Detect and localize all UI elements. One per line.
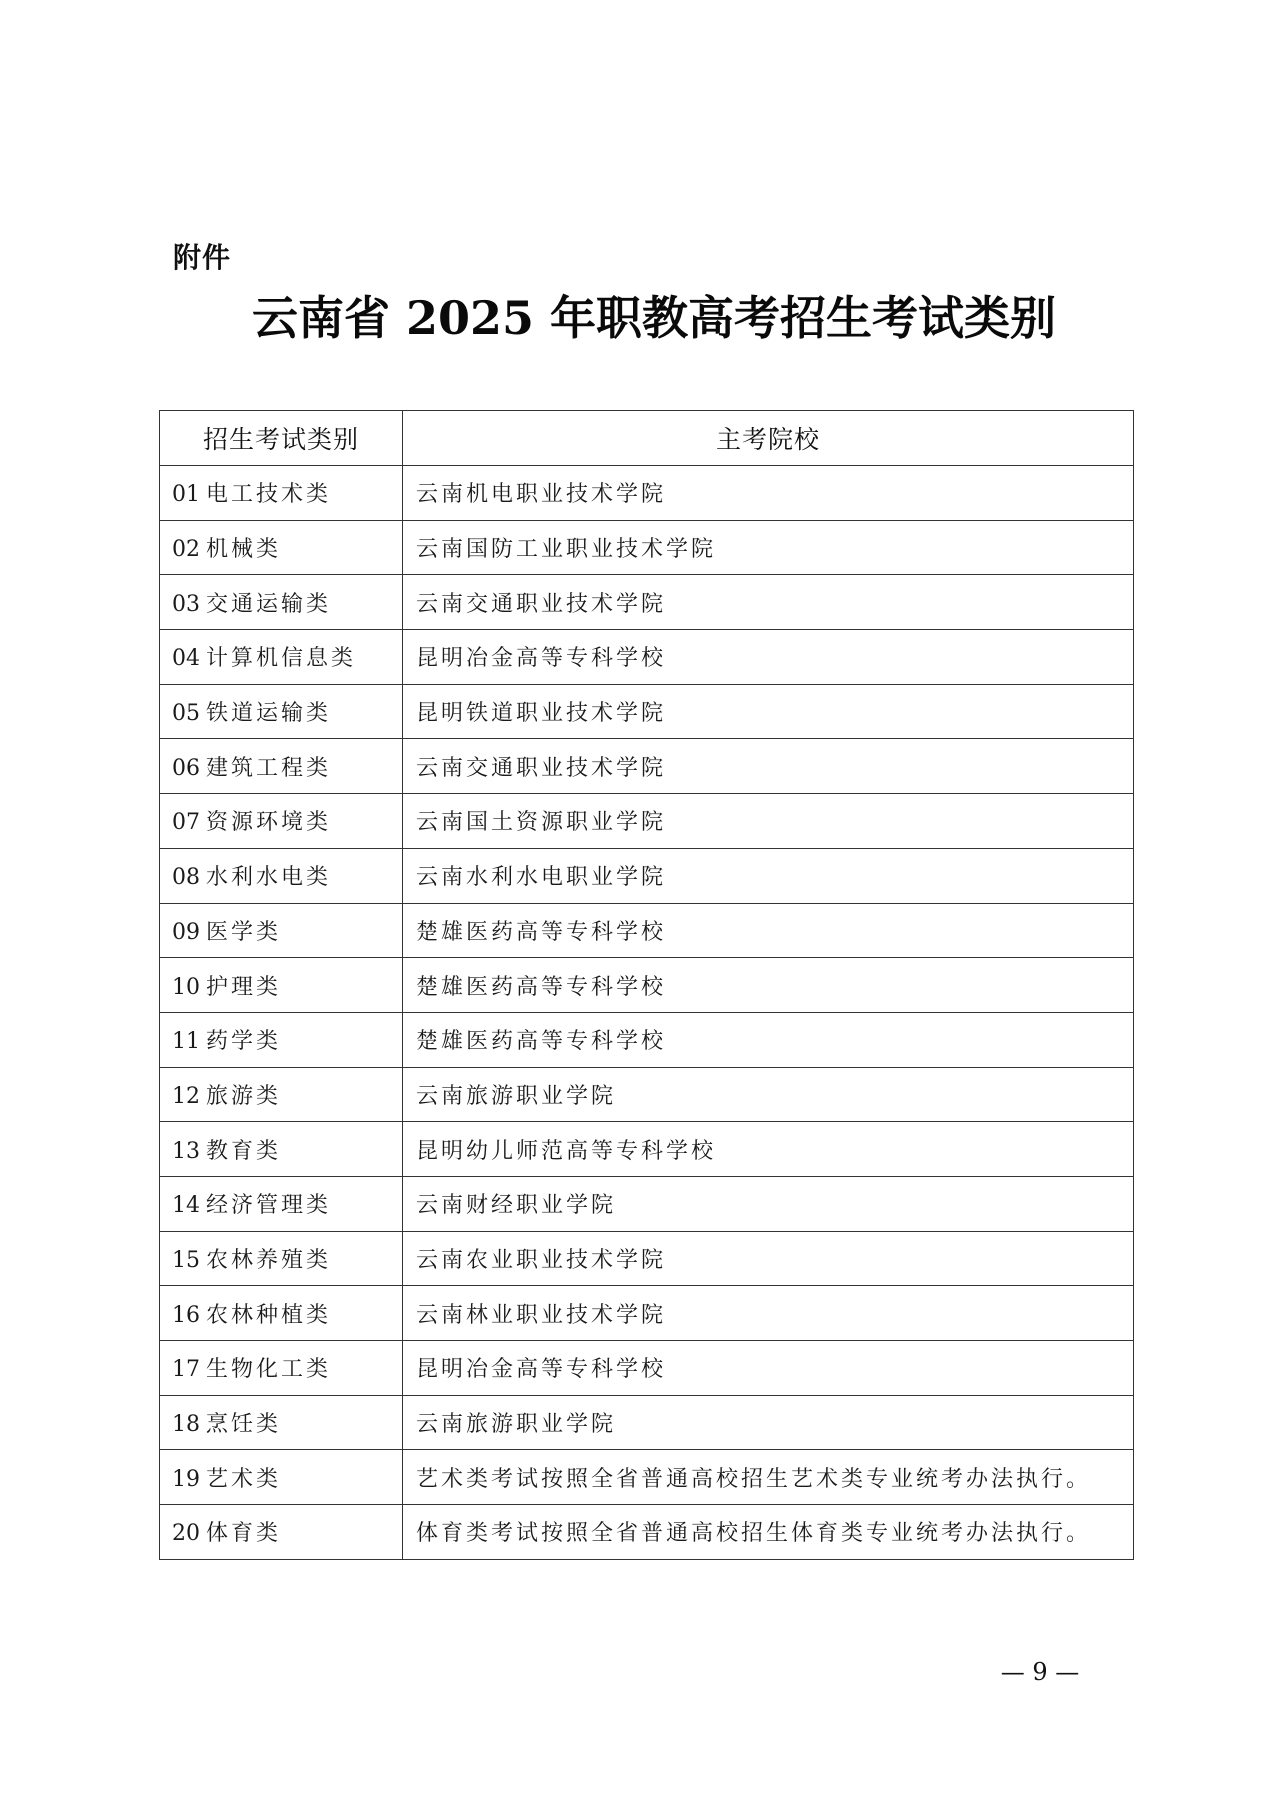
exam-category-cell: 19艺术类 [160, 1450, 403, 1505]
exam-category-cell: 12旅游类 [160, 1067, 403, 1122]
category-code: 04 [172, 646, 200, 671]
category-name: 护理类 [206, 975, 281, 1000]
category-name: 旅游类 [206, 1084, 281, 1109]
host-school-cell: 云南国土资源职业学院 [403, 794, 1134, 849]
category-name: 资源环境类 [206, 810, 331, 835]
category-name: 体育类 [206, 1521, 281, 1546]
host-school-cell: 楚雄医药高等专科学校 [403, 903, 1134, 958]
category-name: 教育类 [206, 1139, 281, 1164]
host-school-cell: 云南旅游职业学院 [403, 1395, 1134, 1450]
table-row: 13教育类昆明幼儿师范高等专科学校 [160, 1122, 1134, 1177]
table-row: 19艺术类艺术类考试按照全省普通高校招生艺术类专业统考办法执行。 [160, 1450, 1134, 1505]
table-row: 04计算机信息类昆明冶金高等专科学校 [160, 630, 1134, 685]
table-row: 15农林养殖类云南农业职业技术学院 [160, 1231, 1134, 1286]
exam-category-cell: 02机械类 [160, 520, 403, 575]
category-code: 09 [172, 920, 200, 945]
category-code: 12 [172, 1084, 200, 1109]
category-code: 10 [172, 975, 200, 1000]
host-school-cell: 云南水利水电职业学院 [403, 848, 1134, 903]
category-code: 19 [172, 1467, 200, 1492]
exam-category-cell: 07资源环境类 [160, 794, 403, 849]
table-row: 10护理类楚雄医药高等专科学校 [160, 958, 1134, 1013]
category-name: 艺术类 [206, 1467, 281, 1492]
exam-category-cell: 14经济管理类 [160, 1176, 403, 1231]
table-body: 01电工技术类云南机电职业技术学院02机械类云南国防工业职业技术学院03交通运输… [160, 466, 1134, 1560]
category-name: 烹饪类 [206, 1412, 281, 1437]
host-school-cell: 楚雄医药高等专科学校 [403, 958, 1134, 1013]
host-school-cell: 昆明幼儿师范高等专科学校 [403, 1122, 1134, 1177]
category-code: 05 [172, 701, 200, 726]
table-row: 08水利水电类云南水利水电职业学院 [160, 848, 1134, 903]
category-code: 03 [172, 592, 200, 617]
table-row: 09医学类楚雄医药高等专科学校 [160, 903, 1134, 958]
exam-category-cell: 17生物化工类 [160, 1341, 403, 1396]
category-code: 17 [172, 1357, 200, 1382]
table-row: 11药学类楚雄医药高等专科学校 [160, 1012, 1134, 1067]
category-code: 01 [172, 482, 200, 507]
header-host-school: 主考院校 [403, 411, 1134, 466]
category-name: 农林种植类 [206, 1303, 331, 1328]
exam-category-cell: 11药学类 [160, 1012, 403, 1067]
host-school-cell: 云南交通职业技术学院 [403, 739, 1134, 794]
category-code: 15 [172, 1248, 200, 1273]
document-title: 云南省 2025 年职教高考招生考试类别 [0, 295, 1280, 341]
exam-category-cell: 06建筑工程类 [160, 739, 403, 794]
category-name: 经济管理类 [206, 1193, 331, 1218]
category-code: 14 [172, 1193, 200, 1218]
category-name: 生物化工类 [206, 1357, 331, 1382]
exam-category-cell: 13教育类 [160, 1122, 403, 1177]
document-title-text: 云南省 2025 年职教高考招生考试类别 [252, 295, 1056, 341]
table-row: 18烹饪类云南旅游职业学院 [160, 1395, 1134, 1450]
host-school-cell: 昆明冶金高等专科学校 [403, 1341, 1134, 1396]
category-name: 医学类 [206, 920, 281, 945]
category-code: 08 [172, 865, 200, 890]
page-number: — 9 — [990, 1660, 1090, 1684]
host-school-cell: 云南财经职业学院 [403, 1176, 1134, 1231]
host-school-cell: 昆明冶金高等专科学校 [403, 630, 1134, 685]
table-row: 17生物化工类昆明冶金高等专科学校 [160, 1341, 1134, 1396]
header-exam-category: 招生考试类别 [160, 411, 403, 466]
category-name: 农林养殖类 [206, 1248, 331, 1273]
category-name: 交通运输类 [206, 592, 331, 617]
table-header-row: 招生考试类别 主考院校 [160, 411, 1134, 466]
host-school-cell: 艺术类考试按照全省普通高校招生艺术类专业统考办法执行。 [403, 1450, 1134, 1505]
table-row: 07资源环境类云南国土资源职业学院 [160, 794, 1134, 849]
category-code: 16 [172, 1303, 200, 1328]
host-school-cell: 云南旅游职业学院 [403, 1067, 1134, 1122]
category-name: 建筑工程类 [206, 756, 331, 781]
table-row: 05铁道运输类昆明铁道职业技术学院 [160, 684, 1134, 739]
host-school-cell: 云南林业职业技术学院 [403, 1286, 1134, 1341]
exam-category-cell: 04计算机信息类 [160, 630, 403, 685]
category-code: 20 [172, 1521, 200, 1546]
category-name: 水利水电类 [206, 865, 331, 890]
exam-category-cell: 03交通运输类 [160, 575, 403, 630]
table-row: 16农林种植类云南林业职业技术学院 [160, 1286, 1134, 1341]
table-row: 06建筑工程类云南交通职业技术学院 [160, 739, 1134, 794]
table-row: 02机械类云南国防工业职业技术学院 [160, 520, 1134, 575]
exam-category-cell: 15农林养殖类 [160, 1231, 403, 1286]
table-row: 20体育类体育类考试按照全省普通高校招生体育类专业统考办法执行。 [160, 1505, 1134, 1560]
category-name: 计算机信息类 [206, 646, 356, 671]
category-code: 13 [172, 1139, 200, 1164]
exam-category-table: 招生考试类别 主考院校 01电工技术类云南机电职业技术学院02机械类云南国防工业… [159, 410, 1134, 1560]
exam-category-cell: 05铁道运输类 [160, 684, 403, 739]
host-school-cell: 楚雄医药高等专科学校 [403, 1012, 1134, 1067]
host-school-cell: 体育类考试按照全省普通高校招生体育类专业统考办法执行。 [403, 1505, 1134, 1560]
exam-category-cell: 20体育类 [160, 1505, 403, 1560]
exam-category-cell: 09医学类 [160, 903, 403, 958]
table-row: 01电工技术类云南机电职业技术学院 [160, 466, 1134, 521]
host-school-cell: 云南农业职业技术学院 [403, 1231, 1134, 1286]
exam-category-cell: 10护理类 [160, 958, 403, 1013]
category-code: 11 [172, 1029, 200, 1054]
category-name: 铁道运输类 [206, 701, 331, 726]
category-code: 02 [172, 537, 200, 562]
category-code: 07 [172, 810, 200, 835]
category-name: 机械类 [206, 537, 281, 562]
table-row: 03交通运输类云南交通职业技术学院 [160, 575, 1134, 630]
host-school-cell: 昆明铁道职业技术学院 [403, 684, 1134, 739]
exam-category-cell: 01电工技术类 [160, 466, 403, 521]
table-row: 14经济管理类云南财经职业学院 [160, 1176, 1134, 1231]
exam-category-cell: 16农林种植类 [160, 1286, 403, 1341]
attachment-label: 附件 [173, 244, 231, 272]
exam-category-cell: 18烹饪类 [160, 1395, 403, 1450]
host-school-cell: 云南机电职业技术学院 [403, 466, 1134, 521]
exam-category-cell: 08水利水电类 [160, 848, 403, 903]
category-code: 06 [172, 756, 200, 781]
category-name: 药学类 [206, 1029, 281, 1054]
host-school-cell: 云南国防工业职业技术学院 [403, 520, 1134, 575]
host-school-cell: 云南交通职业技术学院 [403, 575, 1134, 630]
category-name: 电工技术类 [206, 482, 331, 507]
category-code: 18 [172, 1412, 200, 1437]
table-row: 12旅游类云南旅游职业学院 [160, 1067, 1134, 1122]
